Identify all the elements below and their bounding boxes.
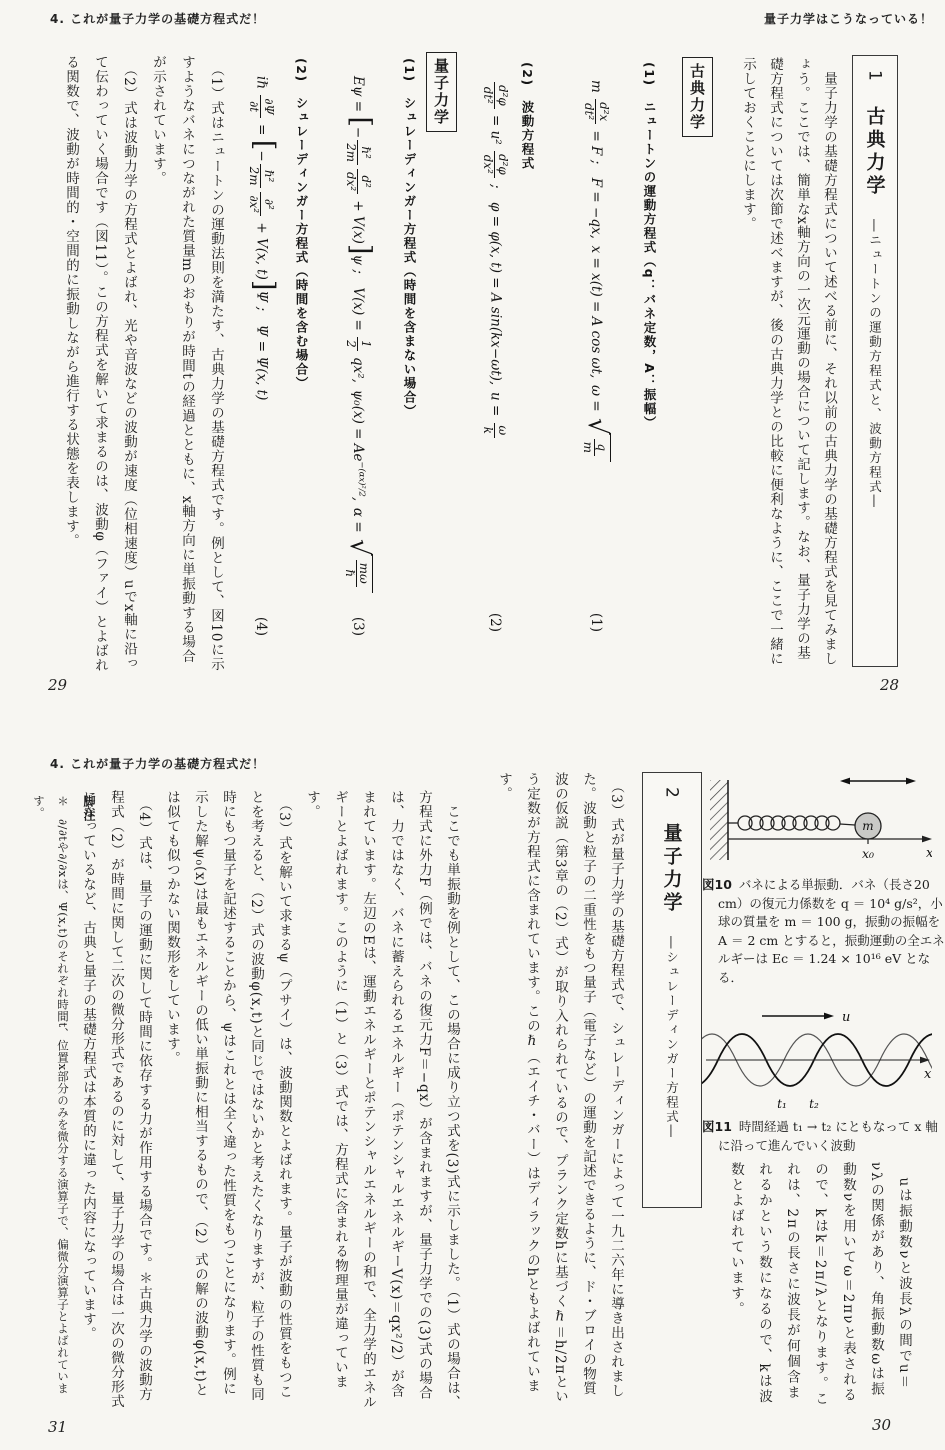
- equation-4-body: iℏ ∂Ψ∂t = [−ℏ²2m∂²∂x² + V(x, t)]Ψ ; Ψ = …: [247, 76, 275, 400]
- u-label: u: [842, 1010, 850, 1025]
- section-title: 量子力学: [661, 823, 683, 915]
- figure-10-diagram: m x₀ x: [702, 768, 932, 875]
- footnote-text: ＊ ∂/∂tや∂/∂xは、Ψ(x,t)のそれぞれ時間t、位置x部分のみを微分する…: [27, 795, 75, 1415]
- section-subtitle: ―ニュートンの運動方程式と、波動方程式―: [868, 219, 883, 509]
- body-paragraph: （1）式はニュートンの運動法則を満たす、古典力学の基礎方程式です。例として、図1…: [143, 55, 230, 677]
- section-1-heading-box: 1 古典力学 ―ニュートンの運動方程式と、波動方程式―: [852, 55, 898, 667]
- t1-label: t₁: [777, 1097, 787, 1111]
- equation-1-number: (1): [588, 601, 604, 632]
- page-number-28: 28: [880, 676, 899, 694]
- section-title: 古典力学: [864, 106, 886, 198]
- figure-11-diagram: u x t₁ t₂: [700, 1002, 932, 1119]
- equation-2-number: (2): [487, 601, 503, 632]
- t2-label: t₂: [809, 1097, 819, 1111]
- x-axis-label: x: [926, 846, 932, 861]
- book-scan: 4. これが量子力学の基礎方程式だ！ 量子力学はこうなっている！ 1 古典力学 …: [0, 0, 945, 1450]
- section-2-heading-box: 2 量子力学 ―シュレーディンガー方程式―: [642, 772, 702, 1208]
- equation-1-body: m d²xdt² = F ; F = −qx, x = x(t) = A cos…: [581, 80, 612, 464]
- x0-label: x₀: [862, 846, 874, 861]
- oscillation-arrow: [840, 778, 916, 785]
- eq4-heading: (2) シュレーディンガー方程式（時間を含む場合）: [292, 58, 310, 498]
- page30-body: （3）式が量子力学の基礎方程式で、シュレーディンガーによって一九二六年に導き出さ…: [488, 772, 630, 1407]
- x-axis: [728, 836, 932, 844]
- mass-label: m: [862, 819, 873, 833]
- quantum-mechanics-label: 量子力学: [426, 52, 457, 132]
- spring-coil: [728, 816, 855, 830]
- figure-10-caption: 図10バネによる単振動．バネ（長さ20 cm）の復元力係数を q ＝ 10⁴ g…: [702, 876, 945, 987]
- x-axis-label: x: [924, 1067, 932, 1082]
- figure-11-caption: 図11時間経過 t₁ → t₂ にともなって x 軸に沿って進んでいく波動: [702, 1118, 945, 1155]
- x-axis: [706, 1057, 930, 1064]
- page-number-30: 30: [872, 1416, 891, 1434]
- equation-4: iℏ ∂Ψ∂t = [−ℏ²2m∂²∂x² + V(x, t)]Ψ ; Ψ = …: [230, 66, 292, 646]
- equation-4-number: (4): [253, 605, 269, 636]
- page31-body: ここでも単振動を例として、この場合に成り立つ式を(3)式に示しました。（1）式の…: [98, 790, 466, 1410]
- wall: [710, 780, 728, 860]
- footnote: 脚注 ＊ ∂/∂tや∂/∂xは、Ψ(x,t)のそれぞれ時間t、位置x部分のみを微…: [30, 795, 98, 1415]
- page-number-29: 29: [48, 676, 67, 694]
- eq1-heading: (1) ニュートンの運動方程式（q：バネ定数，A：振幅）: [640, 62, 658, 652]
- figure-11-label: 図11: [702, 1119, 732, 1134]
- footnote-heading: 脚注: [81, 795, 98, 1415]
- body-paragraph: （2）式は波動力学の方程式とよばれ、光や音波などの波動が速度（位相速度）uでx軸…: [56, 55, 143, 677]
- running-header-p29: 4. これが量子力学の基礎方程式だ！: [50, 10, 265, 27]
- body-paragraph: 量子力学の基礎方程式について述べる前に、それ以前の古典力学の基礎方程式を見てみま…: [734, 57, 842, 669]
- page30-wavenumber-text: uは振動数νと波長λの間でu＝νλの関係があり、角振動数ωは振動数νを用いてω＝…: [712, 1162, 918, 1410]
- equation-3: Eψ = [−ℏ²2md²dx² + V(x)]ψ ; V(x) = 12 qx…: [316, 66, 400, 646]
- running-header-p31: 4. これが量子力学の基礎方程式だ！: [50, 755, 265, 772]
- page28-body: 量子力学の基礎方程式について述べる前に、それ以前の古典力学の基礎方程式を見てみま…: [730, 57, 842, 669]
- body-paragraph: uは振動数νと波長λの間でu＝νλの関係があり、角振動数ωは振動数νを用いてω＝…: [722, 1162, 918, 1410]
- running-header-p28: 量子力学はこうなっている！: [764, 10, 933, 27]
- equation-2: d²φdt² = u² d²φdx² ; φ = φ(x, t) = A sin…: [472, 70, 518, 642]
- body-paragraph: （3）式を解いて求まるψ（プサイ）は、波動関数とよばれます。量子が波動の性質をも…: [158, 790, 298, 1410]
- eq3-heading: (1) シュレーディンガー方程式（時間を含まない場合）: [400, 58, 418, 538]
- classical-mechanics-label: 古典力学: [682, 57, 713, 137]
- section-number: 2: [662, 787, 682, 798]
- figure-10-label: 図10: [702, 877, 732, 892]
- equation-1: m d²xdt² = F ; F = −qx, x = x(t) = A cos…: [552, 70, 640, 642]
- equation-3-body: Eψ = [−ℏ²2md²dx² + V(x)]ψ ; V(x) = 12 qx…: [343, 76, 374, 595]
- body-paragraph: （3）式が量子力学の基礎方程式で、シュレーディンガーによって一九二六年に導き出さ…: [490, 772, 630, 1407]
- section-number: 1: [865, 70, 885, 81]
- page-number-31: 31: [48, 1418, 67, 1436]
- section-subtitle: ―シュレーディンガー方程式―: [665, 936, 680, 1139]
- velocity-arrow: [762, 1013, 834, 1020]
- equation-2-body: d²φdt² = u² d²φdx² ; φ = φ(x, t) = A sin…: [481, 80, 509, 440]
- eq2-heading: (2) 波動方程式: [518, 62, 536, 302]
- page29-body: （1）式はニュートンの運動法則を満たす、古典力学の基礎方程式です。例として、図1…: [28, 55, 230, 677]
- body-paragraph: ここでも単振動を例として、この場合に成り立つ式を(3)式に示しました。（1）式の…: [298, 790, 466, 1410]
- equation-3-number: (3): [350, 605, 366, 636]
